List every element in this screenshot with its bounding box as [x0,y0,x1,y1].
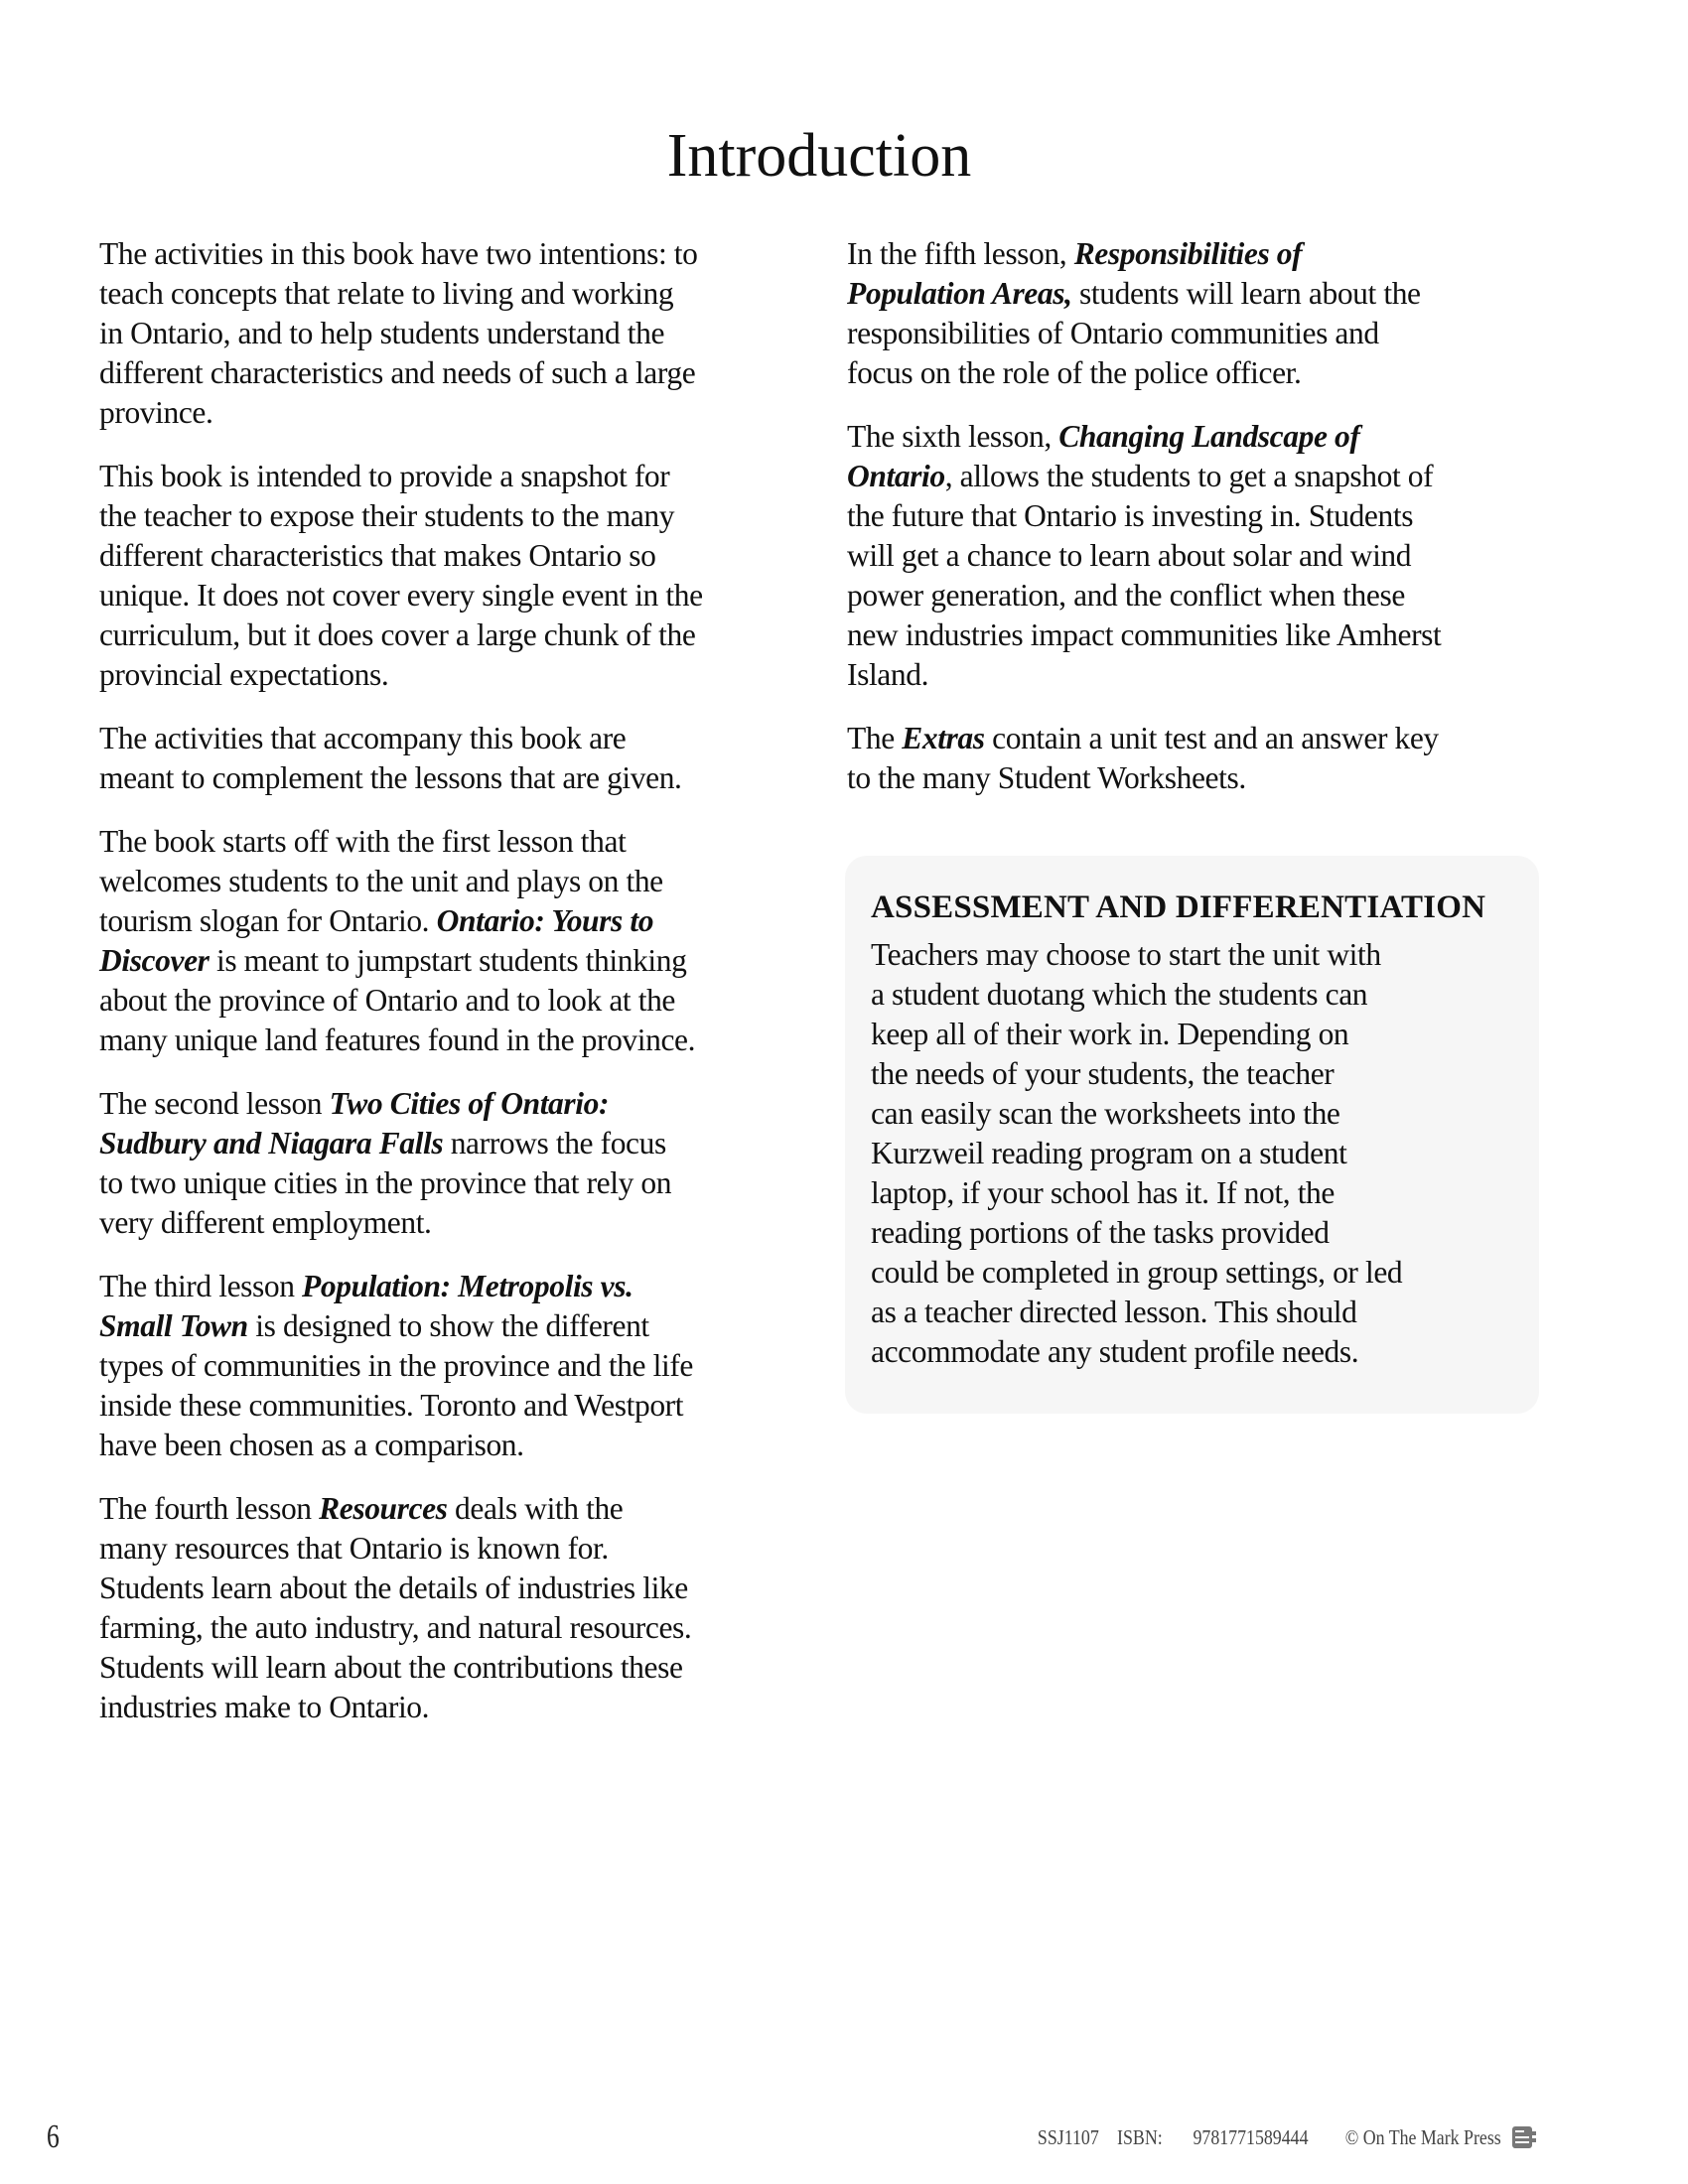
callout-body: Teachers may choose to start the unit wi… [871,935,1513,1372]
callout-title: ASSESSMENT AND DIFFERENTIATION [871,887,1513,927]
page-title: Introduction [0,121,1638,191]
publisher-logo-icon [1511,2125,1537,2149]
footer-isbn: 9781771589444 [1193,2124,1308,2150]
lesson-title: Small Town [99,1308,248,1343]
footer-copyright: © On The Mark Press [1345,2124,1501,2150]
lesson-title: Discover [99,943,210,978]
lesson-one-paragraph: The book starts off with the first lesso… [99,822,814,1060]
intro-paragraph-intentions: The activities in this book have two int… [99,234,814,433]
lesson-four-paragraph: The fourth lesson Resources deals with t… [99,1489,814,1727]
extras-title: Extras [902,721,984,755]
footer: SSJ1107 ISBN: 9781771589444 © On The Mar… [1027,2124,1537,2150]
lesson-two-paragraph: The second lesson Two Cities of Ontario:… [99,1084,814,1243]
lesson-title: Population: Metropolis vs. [302,1269,633,1303]
lesson-three-paragraph: The third lesson Population: Metropolis … [99,1267,814,1465]
footer-product-code: SSJ1107 [1038,2124,1099,2150]
footer-isbn-label: ISBN: [1117,2124,1163,2150]
lesson-title: Changing Landscape of [1058,419,1359,454]
extras-paragraph: The Extras contain a unit test and an an… [847,719,1562,798]
assessment-callout-box: ASSESSMENT AND DIFFERENTIATION Teachers … [845,856,1539,1414]
lesson-title: Sudbury and Niagara Falls [99,1126,443,1160]
lesson-title: Resources [319,1491,447,1526]
lesson-title: Two Cities of Ontario: [330,1086,609,1121]
right-column: In the fifth lesson, Responsibilities of… [847,234,1562,822]
lesson-title: Ontario [847,459,945,493]
lesson-six-paragraph: The sixth lesson, Changing Landscape of … [847,417,1562,695]
intro-paragraph-snapshot: This book is intended to provide a snaps… [99,457,814,695]
intro-paragraph-activities: The activities that accompany this book … [99,719,814,798]
page-number: 6 [47,2117,60,2157]
lesson-five-paragraph: In the fifth lesson, Responsibilities of… [847,234,1562,393]
lesson-title: Population Areas, [847,276,1072,311]
lesson-title: Ontario: Yours to [437,903,653,938]
left-column: The activities in this book have two int… [99,234,814,1751]
lesson-title: Responsibilities of [1074,236,1303,271]
